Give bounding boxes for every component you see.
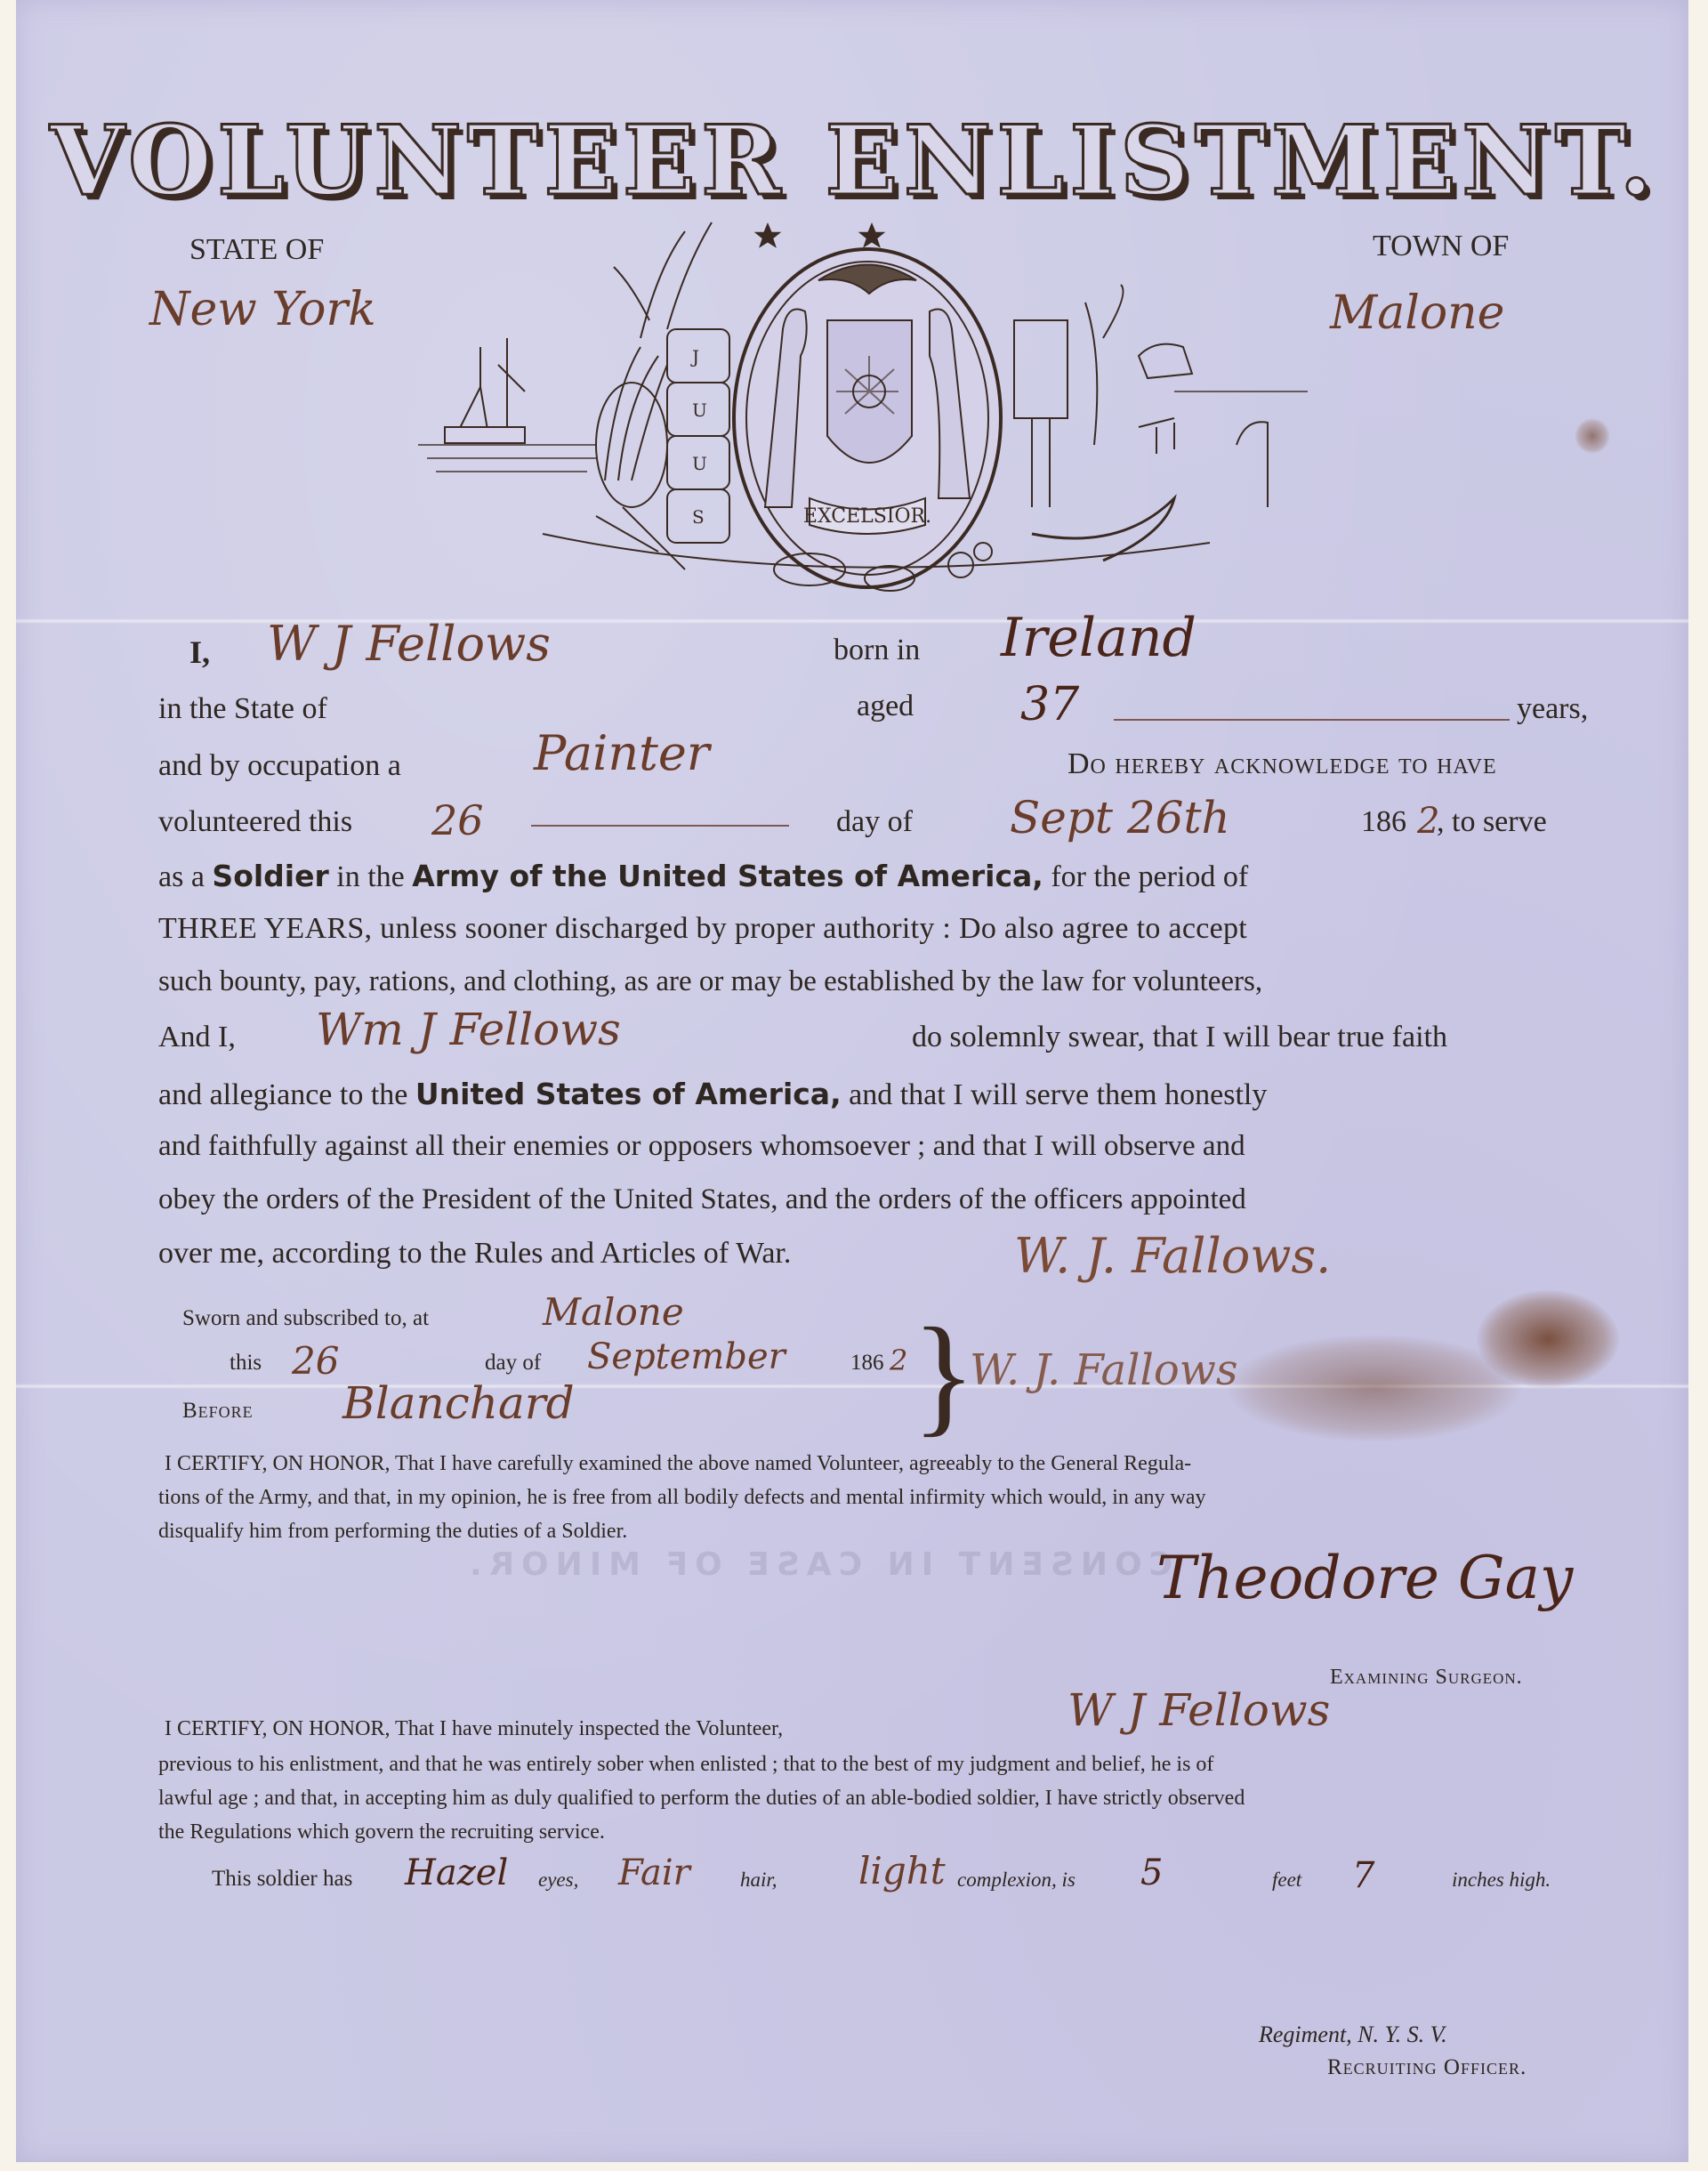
oath-line-2: and faithfully against all their enemies… xyxy=(158,1130,1245,1163)
feet-label: feet xyxy=(1272,1868,1301,1892)
svg-text:U: U xyxy=(692,453,707,474)
before-value: Blanchard xyxy=(342,1377,575,1429)
sworn-day-of-label: day of xyxy=(485,1351,541,1376)
month-value: Sept 26th xyxy=(1010,792,1230,843)
surgeon-signature: Theodore Gay xyxy=(1156,1544,1573,1612)
day-underline xyxy=(531,825,789,827)
eyes-value: Hazel xyxy=(405,1852,508,1893)
age-underline xyxy=(1114,719,1510,721)
svg-text:EXCELSIOR.: EXCELSIOR. xyxy=(803,505,931,528)
town-of-label: TOWN OF xyxy=(1373,230,1509,263)
day-of-label: day of xyxy=(836,805,913,839)
born-in-value: Ireland xyxy=(1001,607,1196,669)
terms-line-2: such bounty, pay, rations, and clothing,… xyxy=(158,965,1262,998)
sworn-year-suffix: 2 xyxy=(890,1344,907,1377)
volunteer-name-field: W J Fellows xyxy=(267,616,551,672)
years-label: years, xyxy=(1517,692,1588,726)
sworn-place-value: Malone xyxy=(543,1290,684,1334)
volunteered-label: volunteered this xyxy=(158,805,352,839)
i-label: I, xyxy=(189,634,210,671)
oath-line-3: obey the orders of the President of the … xyxy=(158,1183,1246,1216)
hair-label: hair, xyxy=(740,1868,777,1892)
state-of-label-body: in the State of xyxy=(158,692,327,726)
inches-label: inches high. xyxy=(1452,1868,1551,1892)
born-in-label: born in xyxy=(834,634,920,667)
age-value: 37 xyxy=(1020,678,1079,731)
svg-text:U: U xyxy=(692,399,707,421)
brace: } xyxy=(912,1308,976,1441)
officer-cert-line-1: I CERTIFY, ON HONOR, That I have minutel… xyxy=(165,1717,783,1741)
state-of-label: STATE OF xyxy=(189,233,324,267)
sworn-this-label: this xyxy=(230,1351,262,1376)
allegiance-line: and allegiance to the United States of A… xyxy=(158,1077,1267,1112)
feet-value: 5 xyxy=(1140,1852,1163,1893)
complexion-value: light xyxy=(858,1849,946,1893)
surgeon-cert-line-2: tions of the Army, and that, in my opini… xyxy=(158,1486,1206,1510)
volunteered-day-value: 26 xyxy=(431,796,484,844)
svg-text:J: J xyxy=(690,346,699,367)
before-label: Before xyxy=(182,1399,254,1424)
acknowledge-text: Do hereby acknowledge to have xyxy=(1067,747,1497,781)
year-prefix: 186 xyxy=(1361,805,1406,839)
town-value: Malone xyxy=(1330,287,1504,340)
swear-text: do solemnly swear, that I will bear true… xyxy=(912,1021,1447,1054)
service-line: as a Soldier in the Army of the United S… xyxy=(158,859,1248,894)
inches-value: 7 xyxy=(1352,1855,1374,1896)
bleed-through-heading: CONSENT IN CASE OF MINOR. xyxy=(463,1546,1172,1583)
ink-spot xyxy=(1575,418,1610,454)
surgeon-cert-line-3: disqualify him from performing the dutie… xyxy=(158,1520,627,1544)
new-york-seal-illustration: J U U S EXCELSIOR. xyxy=(391,214,1343,596)
oath-name-value: Wm J Fellows xyxy=(316,1004,621,1055)
officer-cert-volunteer-signature: W J Fellows xyxy=(1067,1684,1330,1736)
volunteer-signature-2: W. J. Fallows xyxy=(970,1345,1237,1395)
occupation-label: and by occupation a xyxy=(158,749,401,783)
ink-smear xyxy=(1228,1335,1521,1441)
to-serve-label: , to serve xyxy=(1437,805,1547,839)
document-title: VOLUNTEER ENLISTMENT. xyxy=(50,105,1658,217)
officer-cert-line-3: lawful age ; and that, in accepting him … xyxy=(158,1787,1245,1811)
complexion-label: complexion, is xyxy=(957,1868,1076,1892)
aged-label: aged xyxy=(857,690,914,723)
svg-text:S: S xyxy=(692,506,705,528)
sworn-label: Sworn and subscribed to, at xyxy=(182,1306,429,1331)
sworn-day-value: 26 xyxy=(292,1339,339,1383)
oath-line-4: over me, according to the Rules and Arti… xyxy=(158,1237,791,1271)
recruiting-officer-label: Recruiting Officer. xyxy=(1327,2055,1527,2080)
state-value: New York xyxy=(149,283,376,336)
terms-line-1: THREE YEARS, unless sooner discharged by… xyxy=(158,912,1247,946)
occupation-value: Painter xyxy=(534,725,710,781)
hair-value: Fair xyxy=(618,1852,690,1893)
surgeon-cert-line-1: I CERTIFY, ON HONOR, That I have careful… xyxy=(165,1452,1191,1476)
officer-cert-line-4: the Regulations which govern the recruit… xyxy=(158,1820,605,1844)
volunteer-signature-1: W. J. Fallows. xyxy=(1014,1228,1331,1284)
sworn-year-label: 186 xyxy=(850,1351,884,1376)
sworn-month-value: September xyxy=(587,1336,786,1377)
eyes-label: eyes, xyxy=(538,1868,578,1892)
officer-cert-line-2: previous to his enlistment, and that he … xyxy=(158,1753,1213,1777)
regiment-label: Regiment, N. Y. S. V. xyxy=(1259,2022,1447,2048)
examining-surgeon-label: Examining Surgeon. xyxy=(1330,1666,1523,1690)
description-prefix: This soldier has xyxy=(212,1867,352,1892)
and-i-label: And I, xyxy=(158,1021,236,1054)
